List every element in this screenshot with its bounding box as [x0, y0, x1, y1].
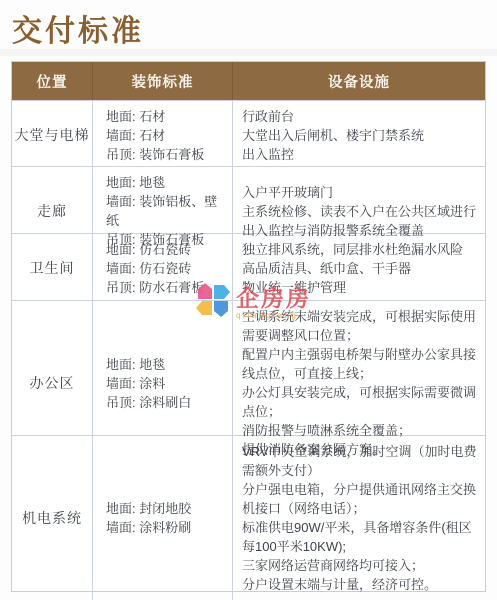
- equipment-line: 出入监控: [242, 145, 479, 164]
- equipment-line: 配置户内主强弱电桥架与附壁办公家具接线点位，可直接上线；: [242, 345, 479, 383]
- header-location: 位置: [12, 62, 93, 100]
- decoration-line: 地面: 地毯: [106, 355, 226, 374]
- scan-artifact-band: [0, 49, 497, 56]
- decoration-line: 吊顶: 装饰石膏板: [106, 145, 226, 164]
- decoration-line: 地面: 封闭地胶: [106, 499, 226, 518]
- decoration-line: 吊顶: 防水石膏板: [106, 278, 226, 297]
- equipment-line: 高品质洁具、纸巾盒、干手器: [242, 259, 479, 278]
- decoration-line: 地面: 石材: [106, 107, 226, 126]
- equipment-line: 主系统检修、读表不入户在公共区域进行: [242, 202, 479, 221]
- equipment-line: 独立排风系统，同层排水杜绝漏水风险: [242, 240, 479, 259]
- table-row-restroom: 卫生间 地面: 仿石瓷砖 墙面: 仿石瓷砖 吊顶: 防水石膏板 独立排风系统，同…: [12, 233, 485, 300]
- row-decoration: 地面: 石材 墙面: 石材 吊顶: 装饰石膏板: [93, 101, 233, 170]
- row-location: 大堂与电梯: [12, 101, 93, 170]
- equipment-line: 空调系统末端安装完成，可根据实际使用需要调整风口位置；: [242, 307, 479, 345]
- decoration-line: 墙面: 装饰铝板、壁纸: [106, 192, 226, 230]
- row-location: 卫生间: [12, 234, 93, 303]
- equipment-line: 三家网络运营商网络均可接入；: [242, 556, 479, 575]
- equipment-line: 分户强电电箱，分户提供通讯网络主交换机接口（网络电话）；: [242, 480, 479, 518]
- row-equipment: VRV中央空调系统，加时空调（加时电费需额外支付） 分户强电电箱，分户提供通讯网…: [233, 436, 485, 600]
- decoration-line: 地面: 地毯: [106, 173, 226, 192]
- table-row-office-area: 办公区 地面: 地毯 墙面: 涂料 吊顶: 涂料刷白 空调系统末端安装完成，可根…: [12, 300, 485, 435]
- row-decoration: 地面: 封闭地胶 墙面: 涂料粉刷: [93, 436, 233, 600]
- equipment-line: 分户设置末端与计量，经济可控。: [242, 575, 479, 594]
- row-location: 机电系统: [12, 436, 93, 600]
- row-equipment: 行政前台 大堂出入后闸机、楼宇门禁系统 出入监控: [233, 101, 485, 170]
- header-equipment-facilities: 设备设施: [233, 62, 485, 100]
- decoration-line: 墙面: 石材: [106, 126, 226, 145]
- table-header-row: 位置 装饰标准 设备设施: [12, 62, 485, 100]
- decoration-line: 墙面: 涂料粉刷: [106, 518, 226, 537]
- table-row-lobby-elevator: 大堂与电梯 地面: 石材 墙面: 石材 吊顶: 装饰石膏板 行政前台 大堂出入后…: [12, 100, 485, 166]
- delivery-standards-table: 位置 装饰标准 设备设施 大堂与电梯 地面: 石材 墙面: 石材 吊顶: 装饰石…: [11, 61, 486, 592]
- decoration-line: 墙面: 仿石瓷砖: [106, 259, 226, 278]
- row-decoration: 地面: 仿石瓷砖 墙面: 仿石瓷砖 吊顶: 防水石膏板: [93, 234, 233, 303]
- equipment-line: 标准供电90W/平米，具备增容条件(租区每100平米10KW);: [242, 518, 479, 556]
- equipment-line: 办公灯具安装完成，可根据实际需要微调点位；: [242, 383, 479, 421]
- equipment-line: 大堂出入后闸机、楼宇门禁系统: [242, 126, 479, 145]
- equipment-line: 行政前台: [242, 107, 479, 126]
- decoration-line: 吊顶: 涂料刷白: [106, 393, 226, 412]
- header-decoration-standard: 装饰标准: [93, 62, 233, 100]
- decoration-line: 墙面: 涂料: [106, 374, 226, 393]
- table-row-mep-systems: 机电系统 地面: 封闭地胶 墙面: 涂料粉刷 VRV中央空调系统，加时空调（加时…: [12, 435, 485, 591]
- page-title: 交付标准: [12, 6, 144, 50]
- equipment-line: 物业统一维护管理: [242, 278, 479, 297]
- equipment-line: 入户平开玻璃门: [242, 183, 479, 202]
- decoration-line: 地面: 仿石瓷砖: [106, 240, 226, 259]
- row-equipment: 独立排风系统，同层排水杜绝漏水风险 高品质洁具、纸巾盒、干手器 物业统一维护管理: [233, 234, 485, 303]
- table-row-corridor: 走廊 地面: 地毯 墙面: 装饰铝板、壁纸 吊顶: 装饰石膏板 入户平开玻璃门 …: [12, 166, 485, 233]
- equipment-line: VRV中央空调系统，加时空调（加时电费需额外支付）: [242, 442, 479, 480]
